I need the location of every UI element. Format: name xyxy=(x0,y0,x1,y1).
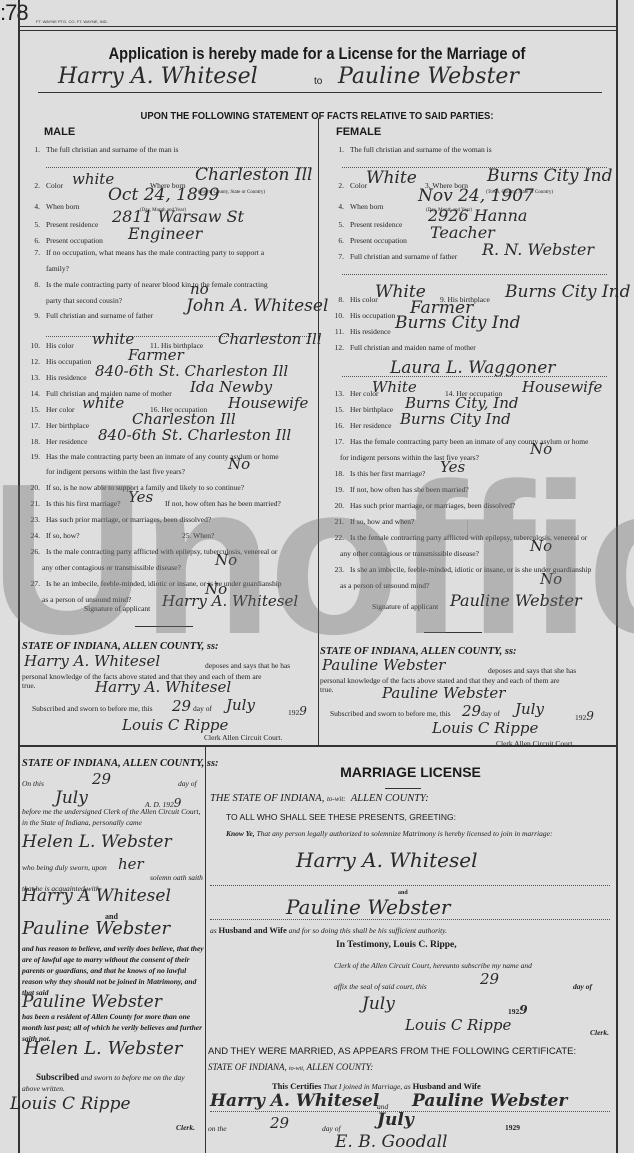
male-row-13: 13.His residence xyxy=(18,373,87,382)
license-heading: MARRIAGE LICENSE xyxy=(205,764,616,780)
female-signature-label: Signature of applicant xyxy=(372,602,438,611)
male-row-12: 12.His occupation xyxy=(18,357,91,366)
witness-person2: Pauline Webster xyxy=(22,918,170,939)
left-border xyxy=(18,0,20,1153)
affidavit-male-state: STATE OF INDIANA, ALLEN COUNTY, ss: xyxy=(22,641,219,652)
certificate-on-the: on the xyxy=(208,1123,227,1134)
certificate-officiant: E. B. Goodall xyxy=(335,1132,447,1152)
certificate-year: 1929 xyxy=(505,1123,520,1132)
affidavit-female-text1: deposes and says that she has xyxy=(488,666,576,675)
marriage-license-document: :78 FT. WAYNE PTG. CO. FT. WAYNE, IND. A… xyxy=(0,0,634,1153)
witness-month: July xyxy=(55,788,88,808)
female-row-23b: as a person of unsound mind? xyxy=(340,581,429,590)
male-row-1: 1.The full christian and surname of the … xyxy=(18,145,178,154)
witness-before-text: before me the undersigned Clerk of the A… xyxy=(22,806,204,828)
male-first-marriage-value: Yes xyxy=(128,488,153,506)
license-clerk-text: Clerk of the Allen Circuit Court, hereun… xyxy=(334,960,532,971)
license-as-text: as Husband and Wife and for so doing thi… xyxy=(210,925,447,936)
affidavit-male-clerk-signature: Louis C Rippe xyxy=(122,716,228,734)
witness-oath: her xyxy=(118,855,144,873)
certificate-heading: AND THEY WERE MARRIED, AS APPEARS FROM T… xyxy=(208,1046,576,1057)
license-bride: Pauline Webster xyxy=(286,895,451,919)
male-mother-color-value: white xyxy=(82,394,124,412)
male-row-23: 23.Has such prior marriage, or marriages… xyxy=(18,515,211,524)
female-disease-value: No xyxy=(530,537,552,555)
female-first-marriage-value: Yes xyxy=(440,458,465,476)
witness-clerk-label: Clerk. xyxy=(176,1122,195,1133)
affidavit-male-clerk-title: Clerk Allen Circuit Court. xyxy=(204,733,282,742)
female-row-18: 18.Is this her first marriage? xyxy=(322,469,425,478)
male-row-8: 8.Is the male contracting party of neare… xyxy=(18,280,268,289)
page-title: Application is hereby made for a License… xyxy=(44,44,589,64)
female-row-6: 6.Present occupation xyxy=(322,236,407,245)
affidavit-female-month: July xyxy=(515,700,544,718)
license-affix-text: affix the seal of said court, this xyxy=(334,981,427,992)
male-row-8b: party that second cousin? xyxy=(46,296,122,305)
female-heading: FEMALE xyxy=(336,126,381,138)
female-row-8: 8.His color xyxy=(322,295,378,304)
male-row-2: 2.Color xyxy=(18,181,63,190)
bride-name: Pauline Webster xyxy=(338,64,519,89)
license-day: 29 xyxy=(480,970,499,988)
female-row-19: 19.If not, how often has she been marrie… xyxy=(322,485,469,494)
male-row-27: 27.Is he an imbecile, feeble-minded, idi… xyxy=(18,579,282,588)
male-row-27b: as a person of unsound mind? xyxy=(42,595,131,604)
male-row-15: 15.Her color xyxy=(18,405,75,414)
male-mother-residence-value: 840-6th St. Charleston Ill xyxy=(98,426,291,444)
male-row-26: 26.Is the male contracting party afflict… xyxy=(18,547,277,556)
witness-subscribed-text: Subscribed and sworn to before me on the… xyxy=(22,1072,204,1094)
male-row-17: 17.Her birthplace xyxy=(18,421,89,430)
license-state-line: THE STATE OF INDIANA, to-wit: ALLEN COUN… xyxy=(210,793,429,804)
certificate-bride: Pauline Webster xyxy=(412,1091,567,1111)
male-when-label: 25. When? xyxy=(182,531,214,540)
female-father-birthplace-value: Burns City Ind xyxy=(505,282,630,302)
license-day-of: day of xyxy=(573,981,592,992)
witness-person1: Harry A Whitesel xyxy=(22,886,171,906)
female-father-residence-value: Burns City Ind xyxy=(395,313,520,333)
male-signature-label: Signature of applicant xyxy=(84,604,150,613)
female-mother-occupation-value: Housewife xyxy=(522,378,602,396)
license-year: 1929 xyxy=(508,1003,528,1017)
certificate-month: July xyxy=(377,1110,414,1130)
affidavit-female-day-of: day of xyxy=(481,709,500,718)
male-row-19b: for indigent persons within the last fiv… xyxy=(46,467,185,476)
affidavit-female-day: 29 xyxy=(462,702,481,720)
witness-clerk-signature: Louis C Rippe xyxy=(10,1094,131,1114)
male-asylum-value: No xyxy=(228,455,250,473)
male-row-24: 24.If so, how? xyxy=(18,531,80,540)
witness-on-this: On this xyxy=(22,778,44,789)
male-how-often-label: If not, how often has he been married? xyxy=(165,499,281,508)
affidavit-female-clerk-signature: Louis C Rippe xyxy=(432,719,538,737)
witness-belief-text: and has reason to believe, and verily do… xyxy=(22,943,204,998)
male-occupation-value: Engineer xyxy=(128,224,202,243)
affidavit-female-name: Pauline Webster xyxy=(322,656,445,674)
witness-name: Helen L. Webster xyxy=(22,832,172,852)
female-row-16: 16.Her residence xyxy=(322,421,391,430)
male-mother-occupation-value: Housewife xyxy=(228,394,308,412)
affidavit-female-year: 1929 xyxy=(575,709,594,723)
license-know-ye: Know Ye, That any person legally authori… xyxy=(226,828,610,839)
affidavit-female-text3: true. xyxy=(320,685,334,694)
male-row-4: 4.When born xyxy=(18,202,80,211)
witness-state: STATE OF INDIANA, ALLEN COUNTY, ss: xyxy=(22,758,219,769)
female-row-2: 2.Color xyxy=(322,181,367,190)
female-row-20: 20.Has such prior marriage, or marriages… xyxy=(322,501,515,510)
witness-day: 29 xyxy=(92,770,111,788)
printer-mark: FT. WAYNE PTG. CO. FT. WAYNE, IND. xyxy=(36,19,108,24)
female-row-11: 11.His residence xyxy=(322,327,391,336)
male-row-10: 10.His color xyxy=(18,341,74,350)
license-divider xyxy=(205,747,206,1153)
male-row-18: 18.Her residence xyxy=(18,437,87,446)
male-heading: MALE xyxy=(44,126,75,138)
male-row-26b: any other contagious or transmissible di… xyxy=(42,563,181,572)
affidavit-male-signature: Harry A. Whitesel xyxy=(95,678,231,696)
male-row-21: 21.Is this his first marriage? xyxy=(18,499,121,508)
female-signature: Pauline Webster xyxy=(450,591,582,610)
affidavit-female-clerk-title: Clerk Allen Circuit Court. xyxy=(496,739,574,748)
license-groom: Harry A. Whitesel xyxy=(296,848,478,872)
affidavit-male-year: 1929 xyxy=(288,704,307,718)
page-number: :78 xyxy=(0,0,28,26)
female-row-7: 7.Full christian and surname of father xyxy=(322,252,457,261)
male-row-9: 9.Full christian and surname of father xyxy=(18,311,153,320)
affidavit-male-month: July xyxy=(226,696,255,714)
license-greeting: TO ALL WHO SHALL SEE THESE PRESENTS, GRE… xyxy=(226,812,456,822)
female-row-1: 1.The full christian and surname of the … xyxy=(322,145,492,154)
groom-name: Harry A. Whitesel xyxy=(58,64,258,89)
female-unsound-value: No xyxy=(540,570,562,588)
female-row-10: 10.His occupation xyxy=(322,311,395,320)
affidavit-male-text1: deposes and says that he has xyxy=(205,661,290,670)
to-connector: to xyxy=(314,76,322,87)
male-father-value: John A. Whitesel xyxy=(186,296,328,316)
male-row-7: 7.If no occupation, what means has the m… xyxy=(18,248,264,257)
female-row-5: 5.Present residence xyxy=(322,220,402,229)
affidavit-male-day: 29 xyxy=(172,697,191,715)
male-disease-value: No xyxy=(215,551,237,569)
certificate-groom: Harry A. Whitesel xyxy=(210,1091,379,1111)
affidavit-male-text3: true. xyxy=(22,681,36,690)
license-clerk-signature: Louis C Rippe xyxy=(405,1016,511,1034)
certificate-day: 29 xyxy=(270,1114,289,1132)
license-month: July xyxy=(362,994,395,1014)
male-row-6: 6.Present occupation xyxy=(18,236,103,245)
affidavit-female-sworn-label: Subscribed and sworn to before me, this xyxy=(330,709,451,718)
female-asylum-value: No xyxy=(530,440,552,458)
male-birthdate-value: Oct 24, 1899 xyxy=(108,185,219,205)
male-signature: Harry A. Whitesel xyxy=(162,592,298,610)
female-where-born-value: Burns City Ind xyxy=(487,166,612,186)
applicants-line: Harry A. Whitesel to Pauline Webster xyxy=(38,66,602,93)
female-birthdate-value: Nov 24, 1907 xyxy=(418,186,534,206)
female-row-22b: any other contagious or transmissible di… xyxy=(340,549,479,558)
top-rule xyxy=(18,26,618,27)
right-border xyxy=(616,0,618,1153)
female-mother-residence-value: Burns City Ind xyxy=(400,410,511,428)
female-row-15: 15.Her birthplace xyxy=(322,405,393,414)
female-father-value: R. N. Webster xyxy=(482,240,594,259)
subheading: UPON THE FOLLOWING STATEMENT OF FACTS RE… xyxy=(32,110,603,122)
top-rule-2 xyxy=(18,30,618,31)
affidavit-male-sworn-label: Subscribed and sworn to before me, this xyxy=(32,704,153,713)
female-row-12: 12.Full christian and maiden name of mot… xyxy=(322,343,476,352)
affidavit-male-name: Harry A. Whitesel xyxy=(24,652,160,670)
column-divider xyxy=(318,118,319,746)
female-row-13: 13.Her color xyxy=(322,389,379,398)
witness-resident: Pauline Webster xyxy=(22,992,162,1012)
certificate-state-line: STATE OF INDIANA, to-wit, ALLEN COUNTY: xyxy=(208,1062,373,1072)
license-testimony: In Testimony, Louis C. Rippe, xyxy=(336,940,457,950)
witness-signature: Helen L. Webster xyxy=(24,1038,182,1059)
male-where-born-value: Charleston Ill xyxy=(195,165,312,185)
witness-day-of: day of xyxy=(178,778,197,789)
male-row-5: 5.Present residence xyxy=(18,220,98,229)
affidavit-female-signature: Pauline Webster xyxy=(382,684,505,702)
license-clerk-label: Clerk. xyxy=(590,1027,609,1038)
affidavit-male-day-of: day of xyxy=(193,704,212,713)
female-color-value: White xyxy=(366,168,417,188)
male-row-7b: family? xyxy=(46,264,69,273)
female-row-4: 4.When born xyxy=(322,202,384,211)
male-father-birthplace-value: Charleston Ill xyxy=(218,330,322,348)
female-row-21: 21.If so, how and when? xyxy=(322,517,414,526)
